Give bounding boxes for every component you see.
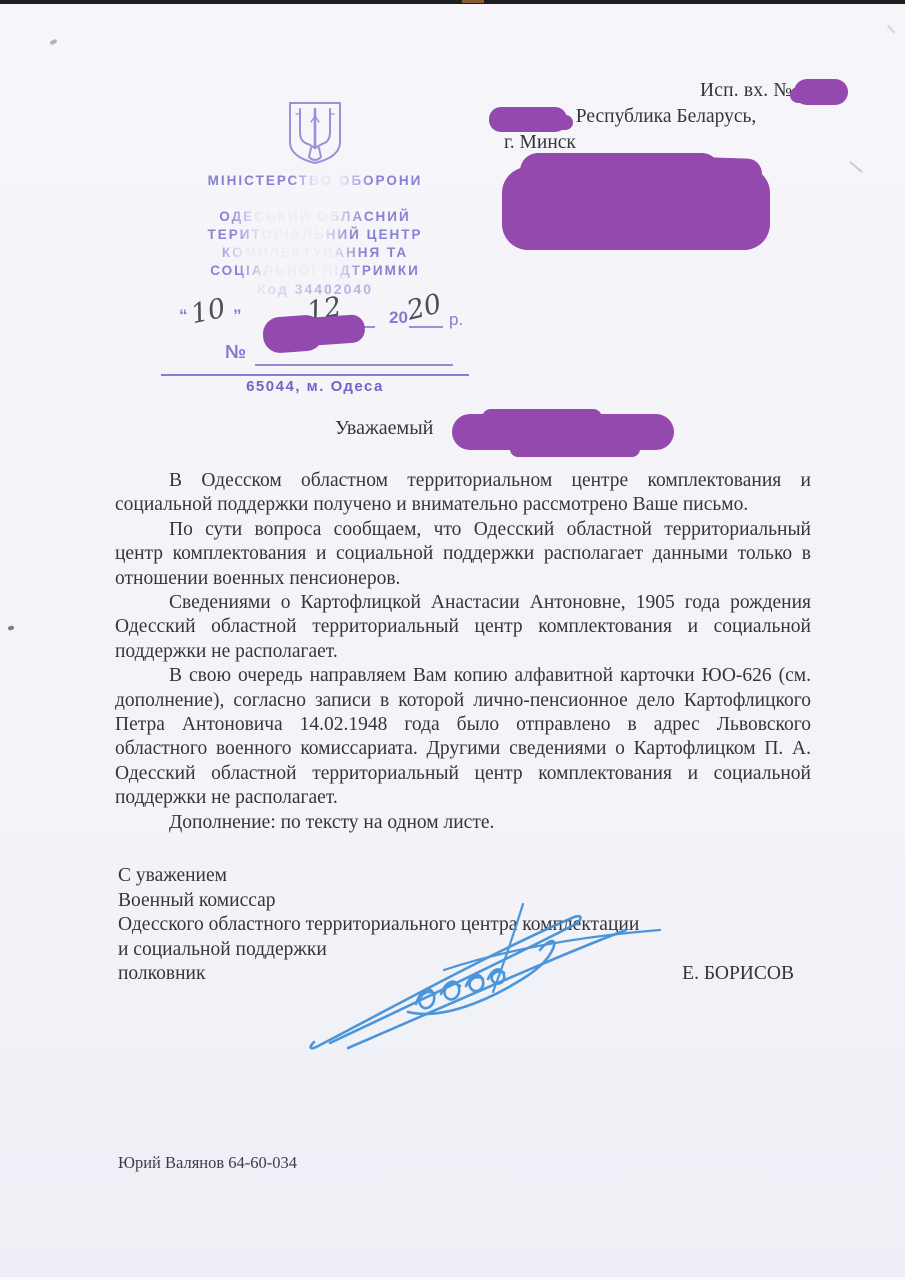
redaction-stamp-number <box>262 314 324 354</box>
stamp-rule <box>161 374 469 376</box>
signatory-name: Е. БОРИСОВ <box>682 962 794 987</box>
scan-speck <box>49 39 57 46</box>
stamp-org-line: ОДЕСЬКИЙ ОБЛАСНИЙ <box>157 208 473 226</box>
addressee-city-line: г. Минск <box>504 132 576 154</box>
stamp-year-underline <box>409 326 443 328</box>
stamp-org-line: КОМПЛЕКТУВАННЯ ТА <box>157 244 473 262</box>
stamp-era-suffix: р. <box>449 310 463 330</box>
stamp-quote-close: ” <box>233 306 242 326</box>
handwritten-year: 20 <box>404 288 445 326</box>
letter-body: В Одесском областном территориальном цен… <box>115 469 811 835</box>
scan-speck <box>8 625 15 630</box>
body-paragraph: В свою очередь направляем Вам копию алфа… <box>115 664 811 810</box>
stamp-address-line: 65044, м. Одеса <box>157 377 473 397</box>
body-paragraph: По сути вопроса сообщаем, что Одесский о… <box>115 518 811 591</box>
stamp-org-line: УКРАЇНИ <box>157 190 473 208</box>
signature <box>296 900 668 1052</box>
salutation: Уважаемый <box>335 417 433 440</box>
scan-scratch <box>887 25 895 34</box>
body-paragraph: Сведениями о Картофлицкой Анастасии Анто… <box>115 591 811 664</box>
stamp-year-prefix: 20 <box>389 308 408 328</box>
ukraine-trident-icon <box>284 100 346 166</box>
scan-top-edge-artifact <box>0 0 905 4</box>
stamp-org-line: СОЦІАЛЬНОЇ ПІДТРИМКИ <box>157 262 473 280</box>
body-paragraph-attachment: Дополнение: по тексту на одном листе. <box>115 811 811 835</box>
closing-line: С уважением <box>118 864 794 889</box>
stamp-org-line: ТЕРИТОРІАЛЬНИЙ ЦЕНТР <box>157 226 473 244</box>
addressee-country-line: , Республика Беларусь, <box>566 106 756 128</box>
executor-contact: Юрий Валянов 64-60-034 <box>118 1153 297 1173</box>
stamp-org-line: МІНІСТЕРСТВО ОБОРОНИ <box>157 172 473 190</box>
office-stamp: МІНІСТЕРСТВО ОБОРОНИ УКРАЇНИ ОДЕСЬКИЙ ОБ… <box>157 100 473 397</box>
handwritten-day: 10 <box>188 293 228 330</box>
redaction-address-part <box>489 107 567 132</box>
stamp-number-label: № <box>225 342 247 364</box>
redaction-address-block <box>502 167 770 250</box>
scan-speck <box>462 0 484 3</box>
incoming-ref-label: Исп. вх. № <box>700 80 792 102</box>
redaction-ref-number <box>794 79 848 105</box>
closing-rank: полковник <box>118 962 205 987</box>
redaction-addressee-name <box>452 414 674 450</box>
scan-scratch <box>849 161 863 173</box>
stamp-number-underline <box>255 364 453 366</box>
scanned-letter-page: Исп. вх. № , Республика Беларусь, г. Мин… <box>0 0 905 1280</box>
body-paragraph: В Одесском областном территориальном цен… <box>115 469 811 518</box>
stamp-quote-open: “ <box>179 306 188 326</box>
